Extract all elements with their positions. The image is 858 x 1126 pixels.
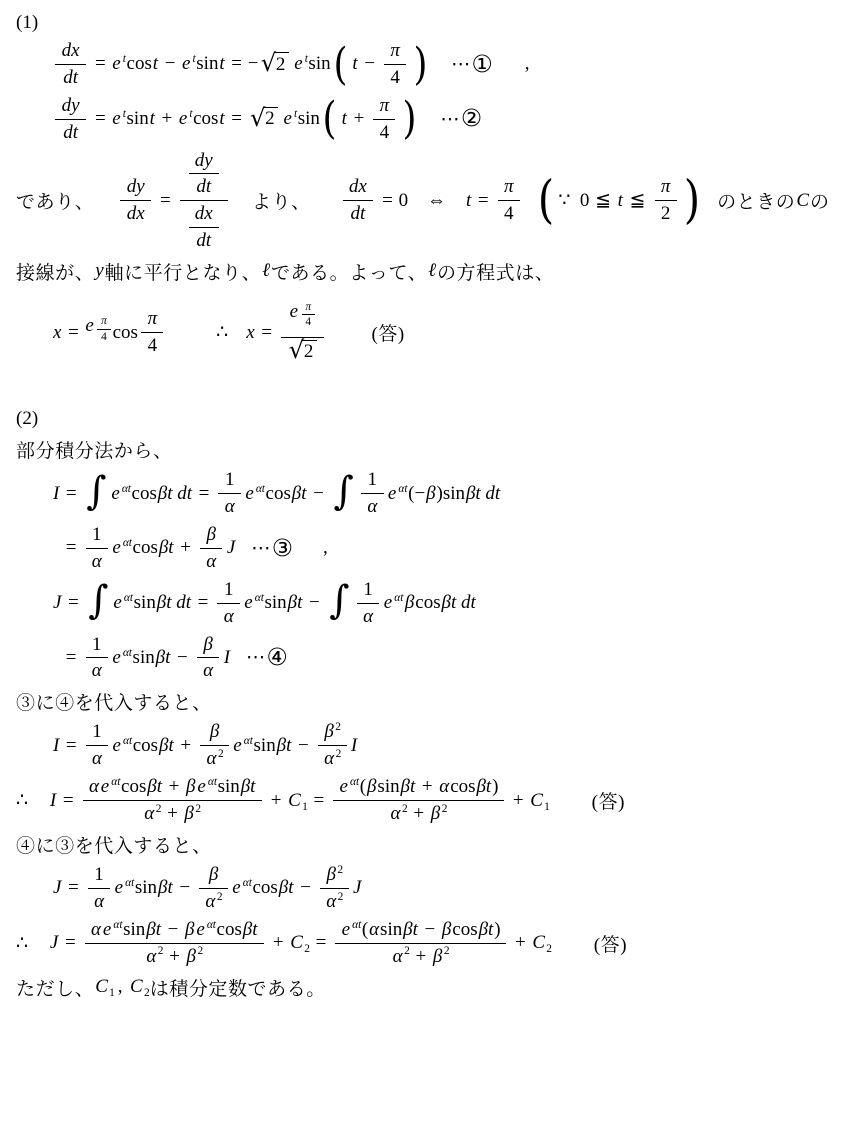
math-variable: ℓ bbox=[427, 260, 437, 282]
math-variable: e bbox=[244, 483, 254, 504]
fraction-denominator: α2+β2 bbox=[333, 800, 504, 825]
fraction-denominator: dt bbox=[55, 64, 85, 89]
math-variable: e bbox=[383, 592, 393, 613]
japanese-text: 接線が、 bbox=[16, 258, 94, 285]
math-operator: + bbox=[169, 776, 180, 798]
superscript-group: β2 bbox=[430, 803, 448, 825]
fraction-denominator: 4 bbox=[141, 332, 163, 357]
math-variable: dt bbox=[62, 122, 79, 144]
integral-icon: ∫ bbox=[333, 473, 353, 512]
math-variable: β bbox=[208, 864, 219, 886]
math-variable: π bbox=[305, 301, 312, 313]
math-variable: α bbox=[91, 551, 103, 573]
math-text: sin bbox=[377, 776, 399, 798]
superscript-group: eαt bbox=[387, 483, 408, 505]
fraction: β2α2 bbox=[320, 864, 349, 913]
math-variable: α bbox=[205, 551, 217, 573]
math-text: 2 bbox=[218, 748, 224, 760]
math-variable: α bbox=[362, 606, 374, 628]
superscript: 2 bbox=[402, 803, 408, 815]
math-variable: J bbox=[352, 877, 362, 899]
fraction-denominator: α2 bbox=[318, 745, 347, 770]
math-text: 2 bbox=[338, 891, 344, 903]
superscript: 2 bbox=[156, 803, 162, 815]
superscript-group: et bbox=[111, 53, 126, 75]
superscript: αt bbox=[125, 877, 135, 889]
superscript-group: α2 bbox=[143, 803, 161, 825]
right-paren: ) bbox=[413, 49, 427, 80]
fraction-numerator: π bbox=[373, 95, 395, 119]
math-variable: t bbox=[351, 53, 358, 75]
fraction-numerator: β bbox=[197, 634, 219, 658]
math-variable: βt bbox=[400, 776, 417, 798]
fraction: π4 bbox=[384, 40, 406, 89]
superscript-group: eαt bbox=[196, 776, 217, 798]
radical-icon: √ bbox=[289, 338, 305, 362]
math-variable: e bbox=[387, 483, 397, 504]
math-variable: α bbox=[366, 496, 378, 518]
superscript-group: β2 bbox=[432, 946, 450, 968]
superscript-group: α2 bbox=[325, 891, 343, 913]
fraction-denominator: α bbox=[218, 493, 240, 518]
circled-number: ③ bbox=[272, 537, 293, 561]
japanese-text: (答) bbox=[592, 787, 625, 814]
math-text: , bbox=[323, 537, 328, 559]
math-variable: t bbox=[218, 108, 225, 130]
math-operator: = bbox=[199, 483, 210, 505]
circled-number: ① bbox=[472, 53, 493, 77]
math-operator: = bbox=[261, 322, 272, 344]
math-variable: t bbox=[149, 108, 156, 130]
fraction: eαt(αsinβt−βcosβt)α2+β2 bbox=[335, 919, 506, 968]
line-integration-constants-note: ただし、C1,C2は積分定数である。 bbox=[16, 974, 850, 1001]
fraction-numerator: dx bbox=[55, 40, 85, 64]
subscript-group: C2 bbox=[289, 932, 310, 954]
math-variable: α bbox=[88, 776, 100, 798]
math-variable: e bbox=[111, 108, 121, 129]
math-text: 2 bbox=[265, 108, 275, 130]
math-text: 1 bbox=[225, 469, 235, 491]
math-variable: α bbox=[368, 919, 380, 941]
superscript-group: et bbox=[283, 108, 298, 130]
japanese-text: ただし、 bbox=[16, 974, 94, 1001]
japanese-text: (答) bbox=[371, 319, 404, 346]
fraction-numerator: eπ4 bbox=[281, 301, 324, 337]
japanese-text: は積分定数である。 bbox=[150, 974, 326, 1001]
subscript-group: C1 bbox=[287, 790, 308, 812]
math-variable: βt bbox=[146, 776, 163, 798]
math-operator: − bbox=[364, 53, 375, 75]
math-variable: α bbox=[392, 946, 404, 967]
fraction: 1α bbox=[86, 524, 108, 573]
superscript-group: α2 bbox=[392, 946, 410, 968]
eq-J-expand: J=∫eαtsinβtdt=1αeαtsinβt−∫1αeαtβcosβtdt bbox=[52, 579, 850, 628]
math-operator: = bbox=[95, 53, 106, 75]
math-variable: e bbox=[111, 647, 121, 668]
math-variable: βt bbox=[476, 776, 493, 798]
superscript-group: α2 bbox=[145, 946, 163, 968]
fraction: αeαtcosβt+βeαtsinβtα2+β2 bbox=[83, 776, 262, 825]
math-operator: − bbox=[313, 483, 324, 505]
math-variable: βt bbox=[156, 592, 173, 614]
math-operator: = bbox=[68, 322, 79, 344]
superscript-group: β2 bbox=[323, 721, 341, 743]
math-operator: + bbox=[162, 108, 173, 130]
line-tangent-text: 接線が、y軸に平行となり、ℓである。よって、ℓの方程式は、 bbox=[16, 258, 850, 285]
fraction-numerator: 1 bbox=[86, 634, 108, 658]
math-text: 4 bbox=[504, 203, 514, 225]
math-variable: e bbox=[289, 301, 299, 322]
math-variable: e bbox=[181, 53, 191, 74]
math-text: 2 bbox=[442, 803, 448, 815]
fraction-numerator: π bbox=[498, 176, 520, 200]
math-variable: βt bbox=[478, 919, 495, 941]
superscript-group: eαt bbox=[111, 537, 132, 559]
fraction-numerator: 1 bbox=[88, 864, 110, 888]
math-variable: dx bbox=[126, 203, 146, 225]
japanese-text: ④に③を代入すると、 bbox=[16, 831, 212, 858]
superscript: αt bbox=[398, 483, 408, 495]
superscript-group: eαt bbox=[114, 877, 135, 899]
math-text: 2 bbox=[195, 803, 201, 815]
math-variable: dt bbox=[62, 67, 79, 89]
math-variable: αt bbox=[121, 483, 131, 495]
math-variable: I bbox=[350, 735, 358, 757]
math-variable: αt bbox=[122, 647, 132, 659]
math-text: 2 bbox=[337, 864, 343, 876]
fraction-denominator: α2 bbox=[200, 745, 229, 770]
math-variable: π bbox=[389, 40, 400, 62]
fraction-numerator: 1 bbox=[86, 524, 108, 548]
math-operator: = bbox=[66, 537, 77, 559]
math-operator: = bbox=[95, 108, 106, 130]
subscript: 2 bbox=[144, 987, 150, 999]
fraction-numerator: dy bbox=[189, 150, 219, 174]
math-operator: = bbox=[68, 592, 79, 614]
math-text: 2 bbox=[156, 803, 162, 815]
math-variable: J bbox=[52, 877, 62, 899]
math-operator: − bbox=[165, 53, 176, 75]
math-variable: αt bbox=[352, 919, 362, 931]
math-text: ) bbox=[494, 919, 500, 941]
math-variable: C bbox=[529, 790, 544, 811]
subscript-group: C2 bbox=[531, 932, 552, 954]
superscript-group: β2 bbox=[183, 803, 201, 825]
fraction: αeαtsinβt−βeαtcosβtα2+β2 bbox=[85, 919, 264, 968]
fraction-denominator: dxdt bbox=[180, 200, 228, 252]
math-variable: dx bbox=[194, 203, 214, 225]
fraction-numerator: β2 bbox=[320, 864, 349, 888]
math-variable: β bbox=[430, 803, 441, 824]
math-variable: π bbox=[101, 315, 108, 327]
fraction-denominator: α bbox=[86, 745, 108, 770]
math-variable: e bbox=[102, 919, 112, 940]
math-variable: β bbox=[184, 919, 195, 941]
fraction: π4 bbox=[97, 315, 110, 342]
math-text: 1 bbox=[92, 524, 102, 546]
math-variable: t bbox=[218, 53, 225, 75]
math-variable: e bbox=[110, 483, 120, 504]
math-text: 1 bbox=[544, 801, 550, 813]
japanese-text: より、 bbox=[252, 187, 311, 214]
math-variable: t bbox=[192, 53, 196, 65]
math-variable: αt bbox=[254, 592, 264, 604]
math-variable: αt bbox=[242, 877, 252, 889]
superscript: 2 bbox=[404, 945, 410, 957]
superscript: t bbox=[189, 108, 193, 120]
subscript: 2 bbox=[304, 943, 310, 955]
fraction-denominator: α bbox=[86, 548, 108, 573]
fraction-numerator: dx bbox=[189, 203, 219, 227]
integral-icon: ∫ bbox=[88, 582, 108, 621]
part-1-label: (1) bbox=[16, 12, 850, 34]
fraction: π4 bbox=[373, 95, 395, 144]
math-text: 1 bbox=[363, 579, 373, 601]
fraction-numerator: π bbox=[97, 315, 110, 328]
math-variable: t bbox=[293, 108, 297, 120]
math-variable: β bbox=[404, 592, 415, 614]
math-variable: β bbox=[326, 864, 337, 885]
math-text: ⋯ bbox=[441, 108, 460, 131]
fraction-denominator: α bbox=[361, 493, 383, 518]
fraction: dydt bbox=[55, 95, 85, 144]
superscript-group: eπ4 bbox=[289, 301, 317, 335]
eq-I-substituted: I=1αeαtcosβt+βα2eαtsinβt−β2α2I bbox=[52, 721, 850, 770]
math-variable: t bbox=[122, 53, 126, 65]
japanese-text: の方程式は、 bbox=[437, 258, 554, 285]
japanese-text: 部分積分法から、 bbox=[16, 436, 173, 463]
math-variable: β bbox=[202, 634, 213, 656]
math-text: ∴ bbox=[16, 932, 28, 955]
math-variable: α bbox=[438, 776, 450, 798]
superscript: 2 bbox=[444, 945, 450, 957]
math-variable: t bbox=[617, 190, 624, 212]
superscript-group: et bbox=[111, 108, 126, 130]
math-text: 4 bbox=[380, 122, 390, 144]
superscript-group: eαt bbox=[243, 592, 264, 614]
superscript: t bbox=[122, 108, 126, 120]
fraction: 1α bbox=[86, 721, 108, 770]
math-operator: + bbox=[180, 735, 191, 757]
superscript-group: eαt bbox=[339, 776, 360, 798]
math-variable: I bbox=[223, 647, 231, 669]
math-text: , bbox=[118, 976, 123, 998]
math-text: 0 bbox=[580, 190, 590, 212]
fraction-numerator: 1 bbox=[361, 469, 383, 493]
math-operator: = bbox=[231, 53, 242, 75]
superscript: αt bbox=[111, 776, 121, 788]
math-variable: dt bbox=[195, 230, 212, 252]
eq-I-final-answer: ∴I=αeαtcosβt+βeαtsinβtα2+β2+C1=eαt(βsinβ… bbox=[16, 776, 850, 825]
math-text: 2 bbox=[304, 341, 314, 363]
superscript-group: α2 bbox=[204, 891, 222, 913]
math-variable: e bbox=[84, 315, 94, 336]
math-operator: = bbox=[66, 483, 77, 505]
subscript-group: C1 bbox=[94, 976, 115, 998]
fraction: eαt(βsinβt+αcosβt)α2+β2 bbox=[333, 776, 504, 825]
math-text: 2 bbox=[661, 203, 671, 225]
math-text: 2 bbox=[336, 748, 342, 760]
math-variable: e bbox=[178, 108, 188, 129]
math-variable: α bbox=[143, 803, 155, 824]
math-variable: π bbox=[503, 176, 514, 198]
fraction-denominator: √2 bbox=[281, 337, 324, 364]
math-variable: αt bbox=[207, 776, 217, 788]
math-variable: e bbox=[114, 877, 124, 898]
math-operator: + bbox=[354, 108, 365, 130]
superscript-group: β2 bbox=[326, 864, 344, 886]
math-text: 1 bbox=[94, 864, 104, 886]
superscript-group: eαt bbox=[111, 647, 132, 669]
fraction-numerator: eαt(βsinβt+αcosβt) bbox=[333, 776, 504, 800]
math-operator: ⇔ bbox=[427, 190, 446, 212]
fraction: dxdt bbox=[343, 176, 373, 225]
fraction-denominator: α2+β2 bbox=[83, 800, 262, 825]
superscript-group: et bbox=[178, 108, 193, 130]
math-variable: αt bbox=[349, 776, 359, 788]
math-variable: t bbox=[465, 190, 472, 212]
superscript: 2 bbox=[337, 864, 343, 876]
math-text: 2 bbox=[444, 945, 450, 957]
math-variable: α bbox=[91, 660, 103, 682]
fraction-denominator: 4 bbox=[302, 314, 315, 328]
integral-icon: ∫ bbox=[329, 582, 349, 621]
math-operator: ≦ bbox=[595, 189, 611, 212]
math-text: cos bbox=[113, 322, 138, 344]
fraction-numerator: π bbox=[141, 308, 163, 332]
fraction-denominator: 4 bbox=[97, 329, 110, 343]
superscript: αt bbox=[206, 919, 216, 931]
math-variable: t bbox=[304, 53, 308, 65]
fraction: βα2 bbox=[200, 721, 229, 770]
fraction-numerator: β bbox=[200, 524, 222, 548]
math-text: ⋯ bbox=[246, 646, 265, 669]
paren-group: (∵0≦t≦π2) bbox=[536, 176, 702, 225]
fraction-denominator: dt bbox=[189, 173, 219, 198]
math-variable: β bbox=[183, 803, 194, 824]
math-text: cos bbox=[415, 592, 440, 614]
fraction-numerator: eαt(αsinβt−βcosβt) bbox=[335, 919, 506, 943]
math-operator: = bbox=[478, 190, 489, 212]
math-variable: dt bbox=[175, 592, 192, 614]
math-variable: βt bbox=[287, 592, 304, 614]
math-variable: dt bbox=[350, 203, 367, 225]
math-text: 2 bbox=[335, 721, 341, 733]
fraction-denominator: α bbox=[86, 657, 108, 682]
math-variable: e bbox=[243, 592, 253, 613]
math-variable: βt bbox=[158, 735, 175, 757]
superscript: 2 bbox=[218, 748, 224, 760]
superscript: π4 bbox=[95, 315, 112, 342]
fraction: 1α bbox=[357, 579, 379, 628]
math-variable: t bbox=[189, 108, 193, 120]
math-text: sin bbox=[196, 53, 218, 75]
left-paren: ( bbox=[323, 103, 337, 134]
fraction: dxdt bbox=[55, 40, 85, 89]
fraction: 1α bbox=[218, 469, 240, 518]
math-text: ∴ bbox=[16, 789, 28, 812]
math-text: cos bbox=[133, 735, 158, 757]
math-variable: dy bbox=[126, 176, 146, 198]
math-variable: dx bbox=[61, 40, 81, 62]
math-operator: = bbox=[66, 647, 77, 669]
math-variable: βt bbox=[157, 877, 174, 899]
eq-J-substituted: J=1αeαtsinβt−βα2eαtcosβt−β2α2J bbox=[52, 864, 850, 913]
fraction-numerator: dy bbox=[120, 176, 150, 200]
math-text: 1 bbox=[224, 579, 234, 601]
math-operator: + bbox=[413, 803, 424, 825]
math-variable: αt bbox=[206, 919, 216, 931]
superscript: αt bbox=[352, 919, 362, 931]
fraction-numerator: 1 bbox=[86, 721, 108, 745]
fraction: 1α bbox=[361, 469, 383, 518]
superscript: αt bbox=[122, 647, 132, 659]
math-text: cos bbox=[252, 877, 277, 899]
math-variable: π bbox=[660, 176, 671, 198]
math-variable: t bbox=[152, 53, 159, 75]
fraction-denominator: 4 bbox=[384, 64, 406, 89]
math-text: 2 bbox=[276, 54, 286, 76]
math-variable: αt bbox=[113, 919, 123, 931]
fraction-denominator: dx bbox=[120, 200, 150, 225]
math-variable: α bbox=[145, 946, 157, 967]
math-variable: βt bbox=[158, 537, 175, 559]
math-variable: α bbox=[224, 496, 236, 518]
radicand: 2 bbox=[264, 107, 278, 130]
math-variable: αt bbox=[125, 877, 135, 889]
math-variable: β bbox=[323, 721, 334, 742]
superscript-group: α2 bbox=[206, 748, 224, 770]
math-variable: J bbox=[226, 537, 236, 559]
math-variable: dy bbox=[61, 95, 81, 117]
math-variable: β bbox=[206, 524, 217, 546]
eq-I-expand: I=∫eαtcosβtdt=1αeαtcosβt−∫1αeαt(−β)sinβt… bbox=[52, 469, 850, 518]
line-derivative-condition: であり、dydx=dydtdxdtより、dxdt=0⇔t=π4(∵0≦t≦π2)… bbox=[16, 150, 850, 252]
paren-body: ∵0≦t≦π2 bbox=[556, 176, 682, 225]
math-variable: y bbox=[94, 260, 104, 282]
math-variable: C bbox=[795, 190, 810, 212]
math-text: , bbox=[525, 53, 530, 75]
math-variable: e bbox=[339, 776, 349, 797]
fraction-denominator: α bbox=[200, 548, 222, 573]
math-operator: − bbox=[300, 877, 311, 899]
math-variable: e bbox=[196, 776, 206, 797]
math-text: sin bbox=[298, 108, 320, 130]
math-variable: e bbox=[232, 735, 242, 756]
superscript: 2 bbox=[217, 891, 223, 903]
left-paren: ( bbox=[334, 49, 348, 80]
math-variable: C bbox=[531, 932, 546, 953]
math-text: cos bbox=[121, 776, 146, 798]
square-root: √2 bbox=[261, 52, 289, 76]
math-variable: βt bbox=[441, 592, 458, 614]
math-text: − bbox=[248, 53, 259, 75]
math-text: cos bbox=[217, 919, 242, 941]
japanese-text: (答) bbox=[594, 930, 627, 957]
math-variable: βt bbox=[465, 483, 482, 505]
fraction-numerator: β bbox=[199, 864, 228, 888]
fraction: dxdt bbox=[189, 203, 219, 252]
fraction: βα2 bbox=[199, 864, 228, 913]
math-variable: αt bbox=[122, 735, 132, 747]
math-variable: αt bbox=[398, 483, 408, 495]
math-operator: = bbox=[198, 592, 209, 614]
fraction-denominator: α bbox=[217, 603, 239, 628]
math-text: 4 bbox=[390, 67, 400, 89]
math-variable: ℓ bbox=[261, 260, 271, 282]
math-variable: e bbox=[112, 735, 122, 756]
japanese-text: である。よって、 bbox=[271, 258, 427, 285]
